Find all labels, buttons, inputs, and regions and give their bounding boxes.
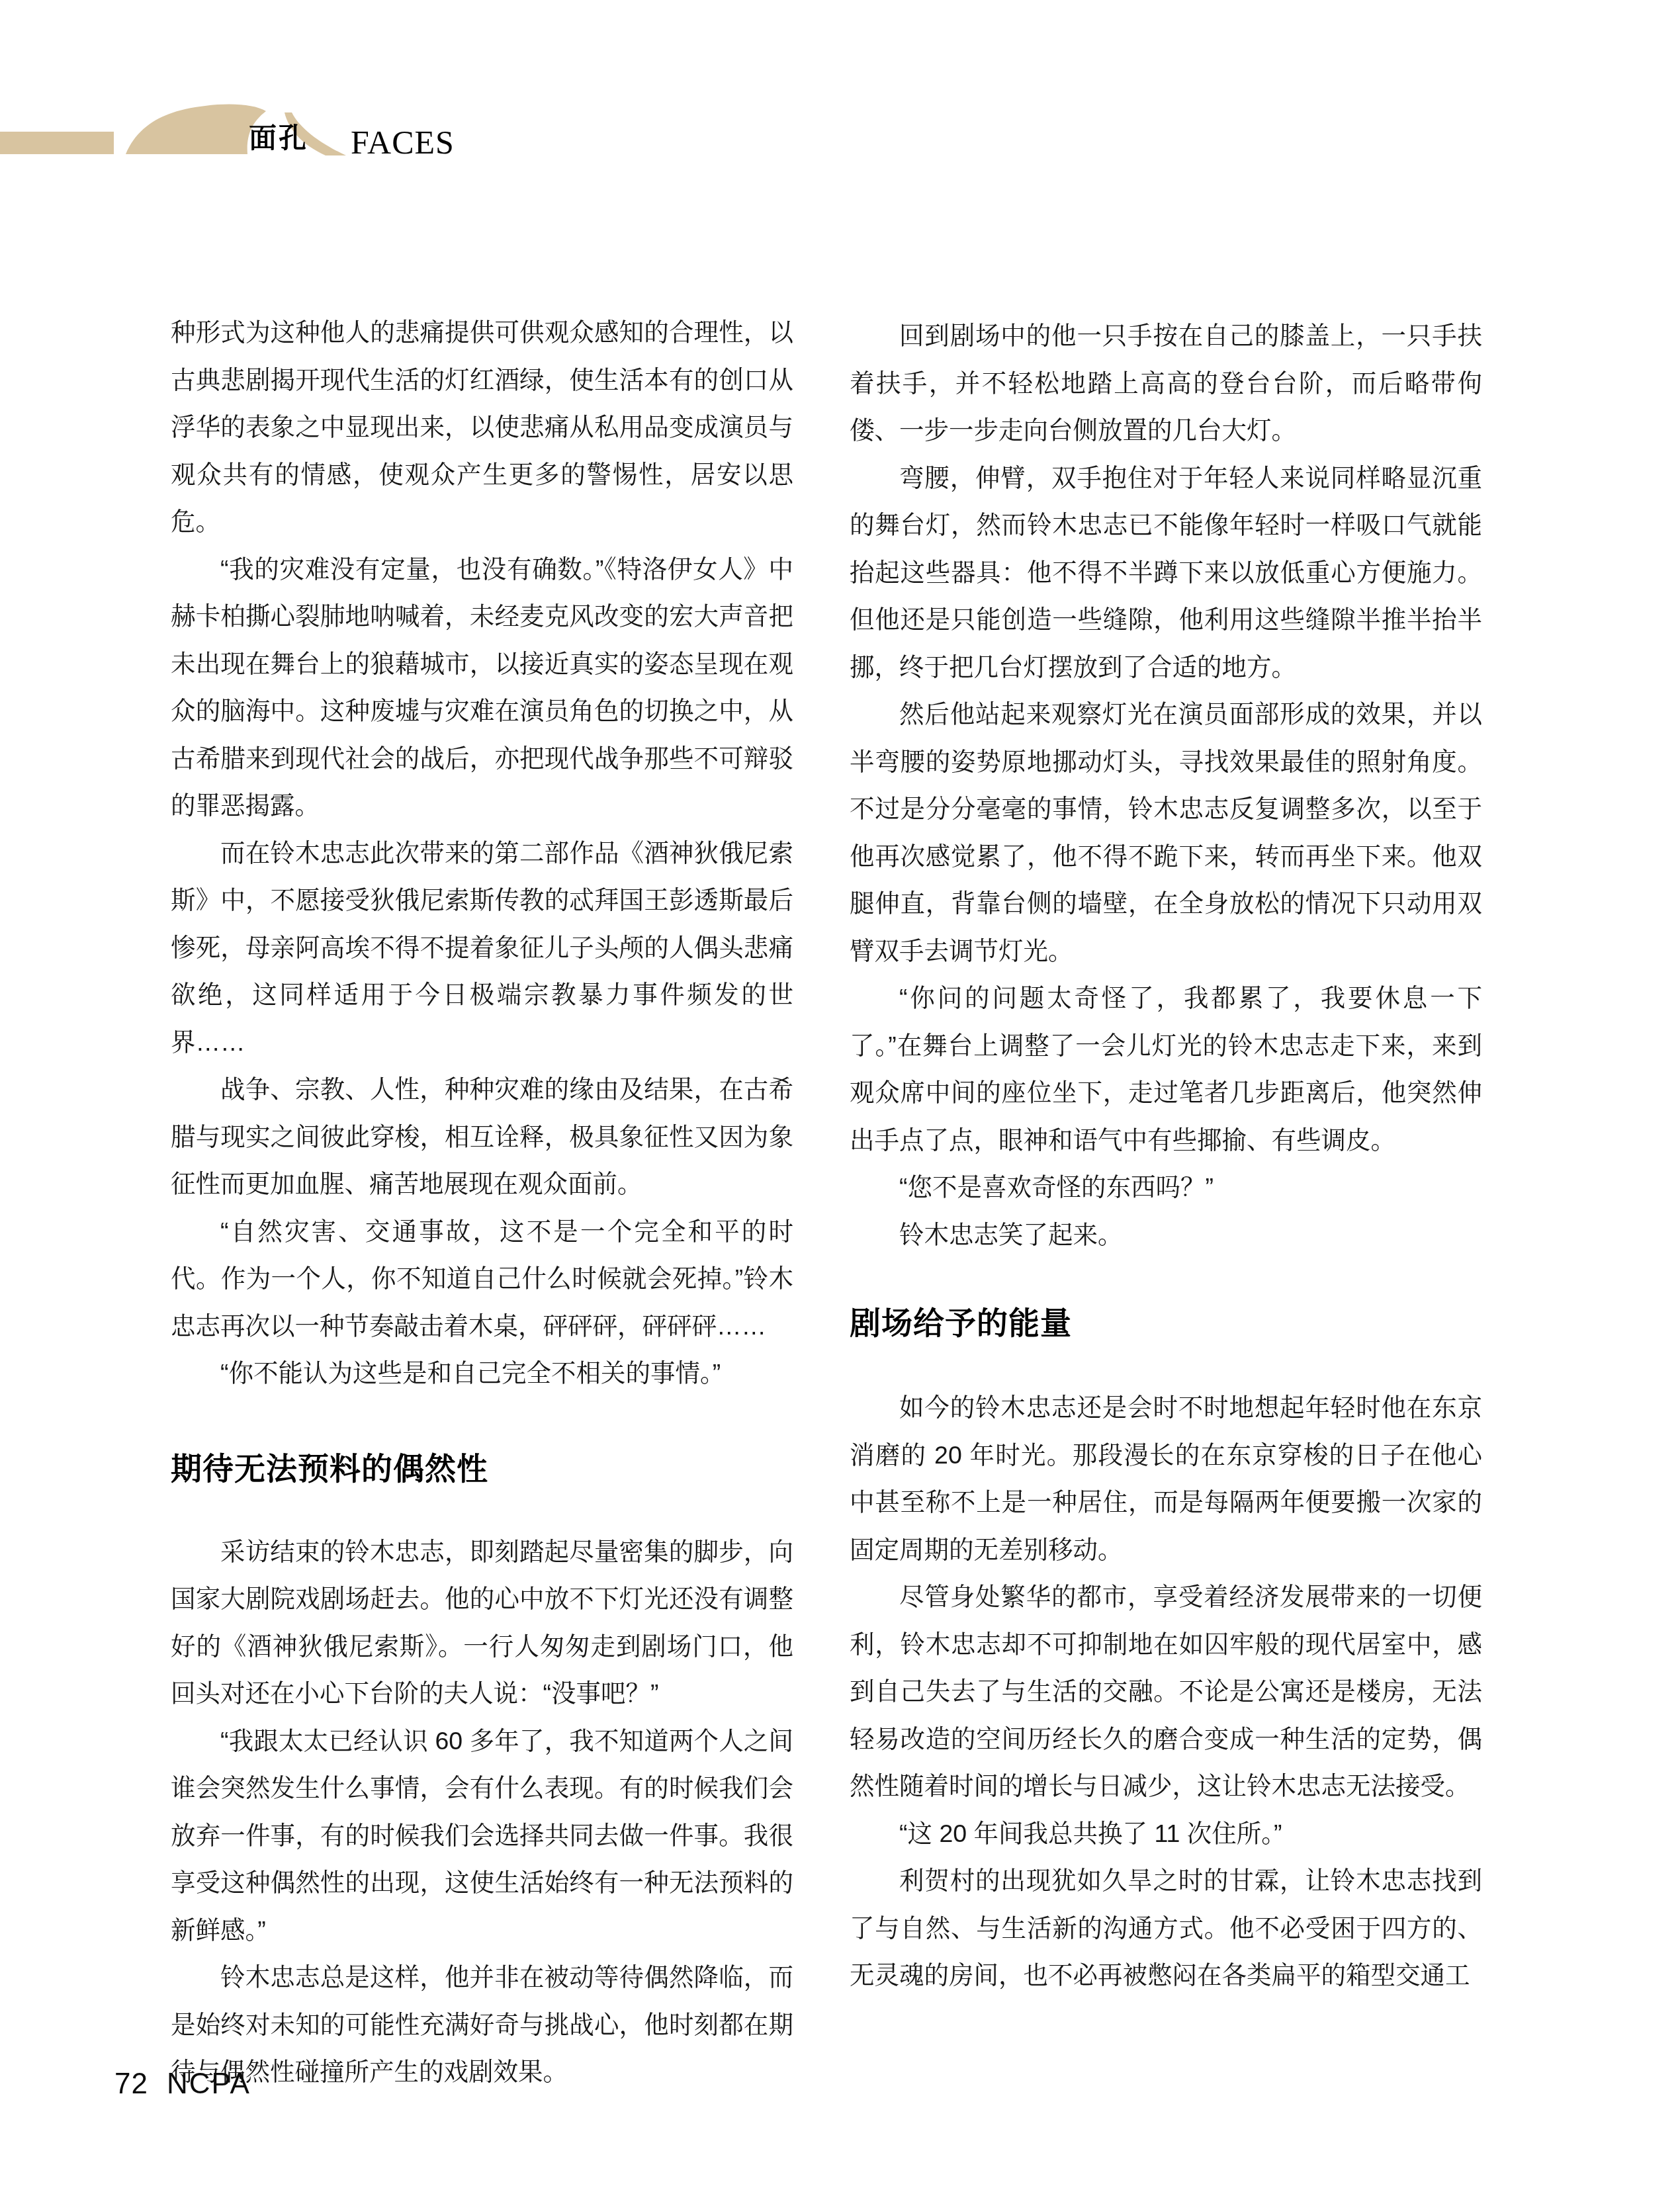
header-accent-bar bbox=[0, 132, 114, 154]
paragraph: “自然灾害、交通事故，这不是一个完全和平的时代。作为一个人，你不知道自己什么时候… bbox=[171, 1208, 793, 1350]
section-heading-anticipation: 期待无法预料的偶然性 bbox=[171, 1449, 793, 1489]
section-title-cn: 面孔 bbox=[249, 124, 308, 152]
paragraph: “我跟太太已经认识 60 多年了，我不知道两个人之间谁会突然发生什么事情，会有什… bbox=[171, 1718, 793, 1954]
paragraph: 种形式为这种他人的悲痛提供可供观众感知的合理性，以古典悲剧揭开现代生活的灯红酒绿… bbox=[171, 309, 793, 546]
page-number: 72 bbox=[114, 2068, 148, 2100]
paragraph: 利贺村的出现犹如久旱之时的甘霖，让铃木忠志找到了与自然、与生活新的沟通方式。他不… bbox=[850, 1857, 1482, 1999]
paragraph: 回到剧场中的他一只手按在自己的膝盖上，一只手扶着扶手，并不轻松地踏上高高的登台台… bbox=[850, 312, 1482, 455]
paragraph: “您不是喜欢奇怪的东西吗？” bbox=[850, 1164, 1482, 1211]
section-title-en: FACES bbox=[351, 126, 455, 159]
right-column: 回到剧场中的他一只手按在自己的膝盖上，一只手扶着扶手，并不轻松地踏上高高的登台台… bbox=[850, 312, 1482, 1999]
paragraph: 如今的铃木忠志还是会时不时地想起年轻时他在东京消磨的 20 年时光。那段漫长的在… bbox=[850, 1384, 1482, 1573]
paragraph: “你不能认为这些是和自己完全不相关的事情。” bbox=[171, 1350, 793, 1397]
paragraph: 尽管身处繁华的都市，享受着经济发展带来的一切便利，铃木忠志却不可抑制地在如囚牢般… bbox=[850, 1573, 1482, 1810]
magazine-name: NCPA bbox=[167, 2068, 251, 2100]
paragraph: 采访结束的铃木忠志，即刻踏起尽量密集的脚步，向国家大剧院戏剧场赶去。他的心中放不… bbox=[171, 1528, 793, 1718]
paragraph: “这 20 年间我总共换了 11 次住所。” bbox=[850, 1810, 1482, 1858]
section-heading-theatre-energy: 剧场给予的能量 bbox=[850, 1303, 1482, 1343]
paragraph: 弯腰，伸臂，双手抱住对于年轻人来说同样略显沉重的舞台灯，然而铃木忠志已不能像年轻… bbox=[850, 455, 1482, 691]
paragraph: “你问的问题太奇怪了，我都累了，我要休息一下了。”在舞台上调整了一会儿灯光的铃木… bbox=[850, 975, 1482, 1164]
paragraph: 铃木忠志总是这样，他并非在被动等待偶然降临，而是始终对未知的可能性充满好奇与挑战… bbox=[171, 1954, 793, 2096]
page-footer: 72NCPA bbox=[114, 2068, 251, 2100]
magazine-page: 面孔 FACES 种形式为这种他人的悲痛提供可供观众感知的合理性，以古典悲剧揭开… bbox=[0, 0, 1680, 2188]
paragraph: 战争、宗教、人性，种种灾难的缘由及结果，在古希腊与现实之间彼此穿梭，相互诠释，极… bbox=[171, 1066, 793, 1208]
paragraph: 然后他站起来观察灯光在演员面部形成的效果，并以半弯腰的姿势原地挪动灯头，寻找效果… bbox=[850, 691, 1482, 975]
paragraph: 铃木忠志笑了起来。 bbox=[850, 1211, 1482, 1259]
paragraph: 而在铃木忠志此次带来的第二部作品《酒神狄俄尼索斯》中，不愿接受狄俄尼索斯传教的忒… bbox=[171, 830, 793, 1067]
header-swoosh-large bbox=[126, 105, 266, 154]
paragraph: “我的灾难没有定量，也没有确数。”《特洛伊女人》中赫卡柏撕心裂肺地呐喊着，未经麦… bbox=[171, 546, 793, 830]
left-column: 种形式为这种他人的悲痛提供可供观众感知的合理性，以古典悲剧揭开现代生活的灯红酒绿… bbox=[171, 309, 793, 2096]
